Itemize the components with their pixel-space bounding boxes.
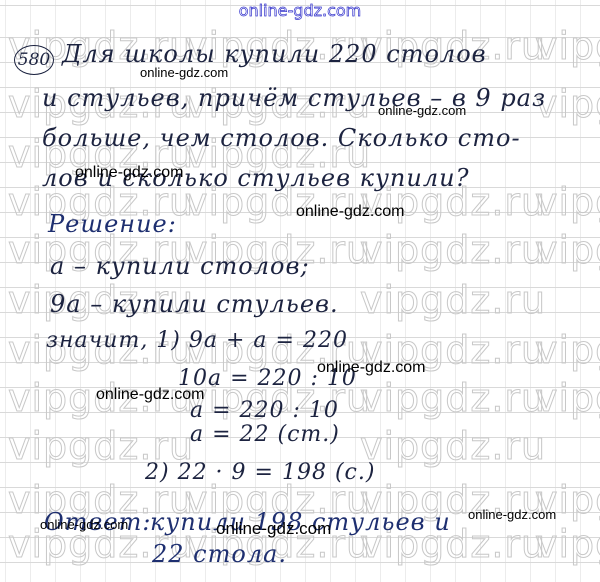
watermark: vipgdz.ru bbox=[360, 376, 546, 420]
watermark: vipgdz.ru bbox=[360, 278, 546, 322]
watermark: vipgdz.ru bbox=[360, 228, 546, 272]
step-1-line-3: a = 220 : 10 bbox=[190, 398, 339, 423]
overlay-watermark: online-gdz.com bbox=[96, 386, 205, 404]
solution-line-1: a – купили столов; bbox=[50, 252, 310, 280]
watermark: vipgdz.ru bbox=[535, 522, 600, 566]
overlay-watermark: online-gdz.com bbox=[75, 164, 184, 182]
solution-line-2: 9a – купили стульев. bbox=[50, 290, 339, 318]
answer-line-2: 22 стола. bbox=[152, 540, 287, 568]
watermark: vipgdz.ru bbox=[535, 376, 600, 420]
step-2: 2) 22 · 9 = 198 (с.) bbox=[145, 460, 375, 485]
overlay-watermark: online-gdz.com bbox=[216, 519, 331, 539]
watermark: vipgdz.ru bbox=[535, 24, 600, 68]
overlay-watermark: online-gdz.com bbox=[378, 103, 466, 118]
site-link-header[interactable]: online-gdz.com bbox=[0, 1, 600, 20]
solution-heading: Решение: bbox=[48, 210, 177, 238]
watermark: vipgdz.ru bbox=[535, 328, 600, 372]
watermark: vipgdz.ru bbox=[535, 180, 600, 224]
step-1: значит, 1) 9a + a = 220 bbox=[46, 328, 348, 353]
problem-number: 580 bbox=[14, 45, 54, 75]
problem-line-2: и стульев, причём стульев – в 9 раз bbox=[42, 84, 546, 112]
problem-line-1: Для школы купили 220 столов bbox=[62, 40, 487, 68]
problem-line-3: больше, чем столов. Сколько сто- bbox=[42, 124, 521, 152]
overlay-watermark: online-gdz.com bbox=[468, 507, 556, 522]
step-1-result: a = 22 (ст.) bbox=[190, 422, 340, 447]
watermark: vipgdz.ru bbox=[360, 424, 546, 468]
overlay-watermark: online-gdz.com bbox=[140, 65, 228, 80]
overlay-watermark: online-gdz.com bbox=[40, 517, 128, 532]
overlay-watermark: online-gdz.com bbox=[296, 203, 405, 221]
watermark: vipgdz.ru bbox=[535, 228, 600, 272]
notebook-page: vipgdz.ru vipgdz.ru vipgdz.ru vipgdz.ru … bbox=[0, 0, 600, 582]
overlay-watermark: online-gdz.com bbox=[317, 359, 426, 377]
